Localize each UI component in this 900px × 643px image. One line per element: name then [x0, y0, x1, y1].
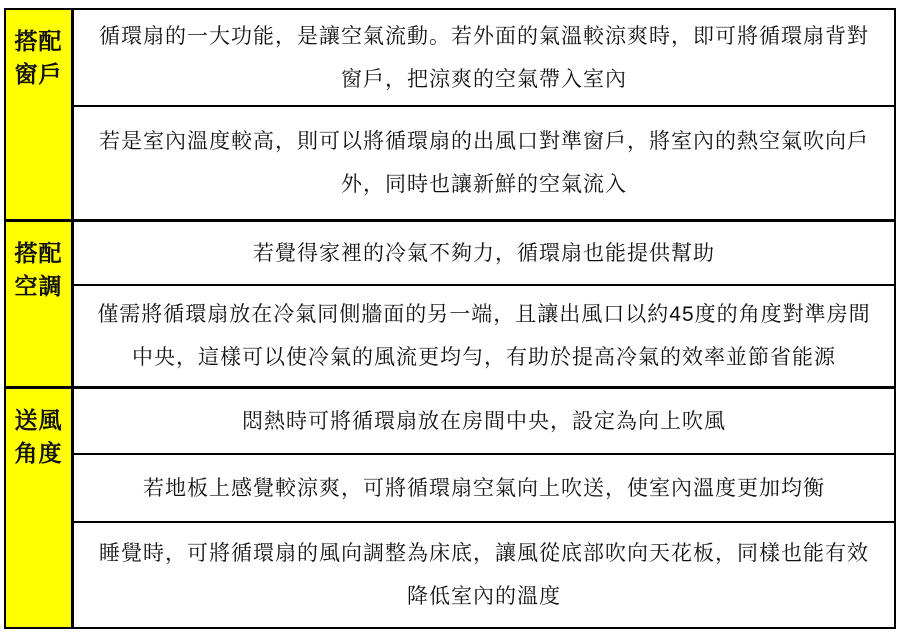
- content-cell: 循環扇的一大功能，是讓空氣流動。若外面的氣溫較涼爽時，即可將循環扇背對窗戶，把涼…: [74, 10, 894, 105]
- content-text: 若地板上感覺較涼爽，可將循環扇空氣向上吹送，使室內溫度更加均衡: [94, 467, 874, 510]
- row-header-line: 窗戶: [6, 58, 71, 91]
- content-cell: 若覺得家裡的冷氣不夠力，循環扇也能提供幫助: [74, 222, 894, 284]
- content-cell: 若是室內溫度較高，則可以將循環扇的出風口對準窗戶，將室內的熱空氣吹向戶外，同時也…: [74, 105, 894, 219]
- content-text: 睡覺時，可將循環扇的風向調整為床底，讓風從底部吹向天花板，同樣也能有效降低室內的…: [94, 532, 874, 618]
- row-header-line: 搭配: [6, 25, 71, 58]
- row-header-cell-angle: 送風 角度: [6, 389, 74, 627]
- row-header-line: 角度: [6, 437, 71, 470]
- content-column: 若覺得家裡的冷氣不夠力，循環扇也能提供幫助 僅需將循環扇放在冷氣同側牆面的另一端…: [74, 222, 894, 386]
- content-text: 若覺得家裡的冷氣不夠力，循環扇也能提供幫助: [94, 232, 874, 275]
- content-text: 僅需將循環扇放在冷氣同側牆面的另一端，且讓出風口以約45度的角度對準房間中央，這…: [94, 293, 874, 379]
- row-header-cell-aircon: 搭配 空調: [6, 222, 74, 386]
- content-cell: 若地板上感覺較涼爽，可將循環扇空氣向上吹送，使室內溫度更加均衡: [74, 453, 894, 521]
- table-row-group-angle: 送風 角度 悶熱時可將循環扇放在房間中央，設定為向上吹風 若地板上感覺較涼爽，可…: [6, 386, 894, 627]
- row-header-cell-window: 搭配 窗戶: [6, 10, 74, 219]
- table-row-group-window: 搭配 窗戶 循環扇的一大功能，是讓空氣流動。若外面的氣溫較涼爽時，即可將循環扇背…: [6, 10, 894, 219]
- content-column: 循環扇的一大功能，是讓空氣流動。若外面的氣溫較涼爽時，即可將循環扇背對窗戶，把涼…: [74, 10, 894, 219]
- content-text: 悶熱時可將循環扇放在房間中央，設定為向上吹風: [94, 400, 874, 443]
- row-header-line: 空調: [6, 270, 71, 303]
- content-cell: 悶熱時可將循環扇放在房間中央，設定為向上吹風: [74, 389, 894, 453]
- fan-usage-table: 搭配 窗戶 循環扇的一大功能，是讓空氣流動。若外面的氣溫較涼爽時，即可將循環扇背…: [4, 8, 896, 629]
- content-text: 循環扇的一大功能，是讓空氣流動。若外面的氣溫較涼爽時，即可將循環扇背對窗戶，把涼…: [94, 15, 874, 101]
- content-column: 悶熱時可將循環扇放在房間中央，設定為向上吹風 若地板上感覺較涼爽，可將循環扇空氣…: [74, 389, 894, 627]
- row-header-line: 搭配: [6, 237, 71, 270]
- table-row-group-aircon: 搭配 空調 若覺得家裡的冷氣不夠力，循環扇也能提供幫助 僅需將循環扇放在冷氣同側…: [6, 219, 894, 386]
- content-cell: 僅需將循環扇放在冷氣同側牆面的另一端，且讓出風口以約45度的角度對準房間中央，這…: [74, 284, 894, 386]
- row-header-line: 送風: [6, 404, 71, 437]
- content-text: 若是室內溫度較高，則可以將循環扇的出風口對準窗戶，將室內的熱空氣吹向戶外，同時也…: [94, 120, 874, 206]
- content-cell: 睡覺時，可將循環扇的風向調整為床底，讓風從底部吹向天花板，同樣也能有效降低室內的…: [74, 521, 894, 627]
